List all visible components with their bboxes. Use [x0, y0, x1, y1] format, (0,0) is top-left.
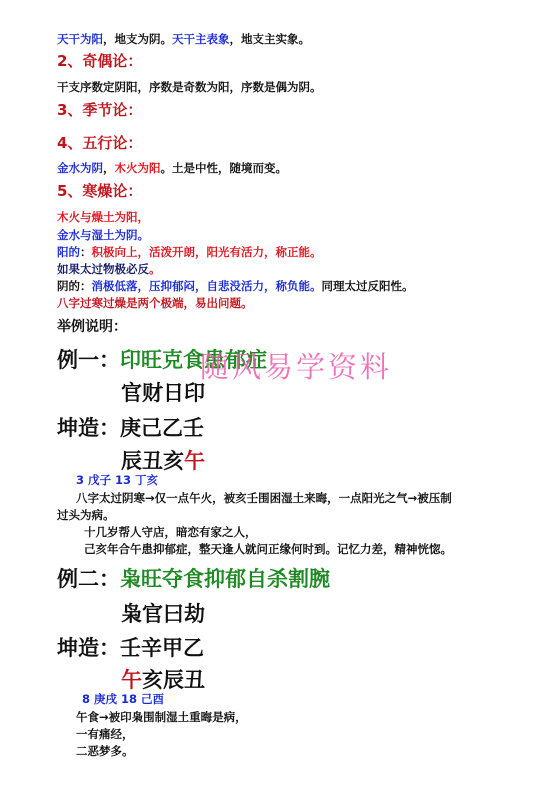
example1-label: 例一： [57, 348, 120, 372]
text-period: 。 [149, 262, 161, 276]
example2-luck: 8 庚戌 18 己酉 [82, 691, 164, 707]
example2-row1: 例二：枭旺夺食抑郁自杀割腕 [57, 563, 330, 593]
s5-line-6: 八字过寒过燥是两个极端，易出问题。 [57, 295, 253, 311]
chart-label: 坤造： [57, 416, 120, 440]
example1-para2: 十几岁帮人守店，暗恋有家之人， [84, 524, 257, 540]
text-yang-desc: 积极向上，活泼开朗，阳光有活力，称正能。 [92, 245, 322, 259]
section-body-2: 干支序数定阴阳，序数是奇数为阳，序数是偶为阴。 [57, 79, 322, 95]
example1-para3: 己亥年合午患抑郁症，整天逢人就问正缘何时到。记忆力差，精神恍惚。 [84, 541, 452, 557]
section-heading-5: 5、寒燥论： [57, 180, 142, 201]
section-heading-4: 4、五行论： [57, 132, 142, 153]
earthly-branches: 亥辰丑 [142, 668, 205, 692]
branch-wu: 午 [184, 449, 205, 473]
text-yin-desc: 消极低落，压抑郁闷，自悲没活力，称负能。 [92, 279, 322, 293]
example1-chart-stems: 坤造：庚己乙壬 [57, 412, 204, 442]
example2-label: 例二： [57, 567, 120, 591]
s5-line-5: 阴的：消极低落，压抑郁闷，自悲没活力，称负能。同理太过反阳性。 [57, 278, 414, 294]
example1-para1: 八字太过阴寒→仅一点午火，被亥壬围困湿土来晦，一点阳光之气→被压制 [76, 490, 452, 506]
section-heading-3: 3、季节论： [57, 99, 142, 120]
example2-para3: 二恶梦多。 [76, 743, 134, 759]
text-wood-fire: 木火为阳 [115, 161, 161, 175]
text-stem-surface: 天干主表象 [172, 32, 230, 46]
example2-branches: 午亥辰丑 [121, 664, 205, 694]
s5-line-4: 如果太过物极必反。 [57, 261, 161, 277]
example2-gods: 枭官曰劫 [121, 598, 205, 628]
text-stem-yang: 天干为阳 [57, 32, 103, 46]
text-yin-label: 阴的： [57, 279, 92, 293]
text-yin-same: 同理太过反阳性。 [322, 279, 414, 293]
section-body-4: 金水为阴，木火为阳。土是中性，随境而变。 [57, 160, 287, 176]
example1-luck: 3 戊子 13 丁亥 [76, 472, 158, 488]
s5-line-2: 金水与湿土为阴。 [57, 227, 149, 243]
text-metal-water: 金水为阴 [57, 161, 103, 175]
s5-line-3: 阳的：积极向上，活泼开朗，阳光有活力，称正能。 [57, 244, 322, 260]
text-earth: 。土是中性，随境而变。 [161, 161, 288, 175]
earthly-branches: 辰丑亥 [121, 449, 184, 473]
heavenly-stems: 壬辛甲乙 [120, 636, 204, 660]
text-extreme: 如果太过物极必反 [57, 262, 149, 276]
example2-title: 枭旺夺食抑郁自杀割腕 [120, 567, 330, 591]
text-branch-real: ，地支主实象。 [230, 32, 311, 46]
heavenly-stems: 庚己乙壬 [120, 416, 204, 440]
watermark: 随风易学资料 [200, 345, 392, 386]
chart-label: 坤造： [57, 636, 120, 660]
example1-para1b: 过头为病。 [57, 507, 115, 523]
branch-wu: 午 [121, 668, 142, 692]
example2-para1: 午食→被印枭围制湿土重晦是病， [76, 709, 247, 725]
section-heading-2: 2、奇偶论： [57, 50, 142, 71]
s5-line-1: 木火与燥土为阳， [57, 209, 149, 225]
text-branch-yin: ，地支为阴。 [103, 32, 172, 46]
text-colon: ： [80, 245, 92, 259]
example2-chart-stems: 坤造：壬辛甲乙 [57, 632, 204, 662]
yin-yang-line: 天干为阳，地支为阴。天干主表象，地支主实象。 [57, 31, 310, 47]
text-comma: ， [103, 161, 115, 175]
text-yang-label: 阳的 [57, 245, 80, 259]
example1-gods: 官财日印 [121, 377, 205, 407]
example2-para2: 一有痛经， [76, 726, 134, 742]
examples-heading: 举例说明： [57, 316, 127, 336]
example1-branches: 辰丑亥午 [121, 445, 205, 475]
